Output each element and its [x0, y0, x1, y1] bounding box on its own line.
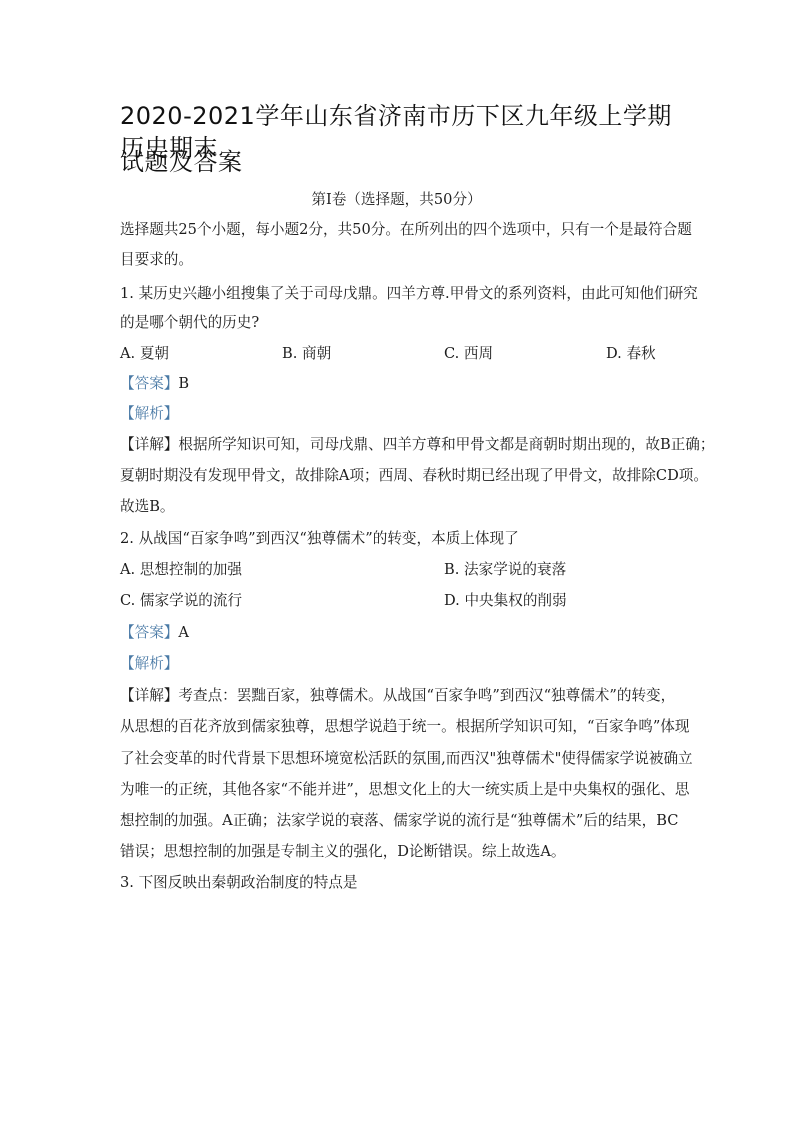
question-1-option-c: C. 西周: [444, 344, 493, 364]
question-1-option-b: B. 商朝: [282, 344, 331, 364]
detail-text: 考查点：罢黜百家，独尊儒术。从战国“百家争鸣”到西汉“独尊儒术”的转变，: [178, 687, 675, 704]
answer-label: 【答案】: [120, 375, 178, 392]
answer-label: 【答案】: [120, 624, 178, 641]
question-2-option-c: C. 儒家学说的流行: [120, 591, 242, 611]
question-2-analysis-label: 【解析】: [120, 654, 178, 674]
question-2-option-a: A. 思想控制的加强: [120, 560, 242, 580]
question-2-detail-line-3: 了社会变革的时代背景下思想环境宽松活跃的氛围,而西汉"独尊儒术"使得儒家学说被确…: [120, 749, 693, 769]
question-2-detail-line-2: 从思想的百花齐放到儒家独尊，思想学说趋于统一。根据所学知识可知，“百家争鸣”体现: [120, 717, 690, 737]
document-title-line-2: 试题及答案: [120, 146, 680, 178]
question-1-stem-line-1: 1. 某历史兴趣小组搜集了关于司母戊鼎。四羊方尊.甲骨文的系列资料，由此可知他们…: [120, 284, 698, 304]
question-1-answer: 【答案】B: [120, 374, 189, 394]
question-2-detail-line-4: 为唯一的正统，其他各家“不能并进”，思想文化上的大一统实质上是中央集权的强化、思: [120, 780, 690, 800]
section-heading: 第Ⅰ卷（选择题，共50分）: [0, 190, 793, 210]
document-page: 2020-2021学年山东省济南市历下区九年级上学期历史期末 试题及答案 第Ⅰ卷…: [0, 0, 793, 1122]
question-2-detail-line-5: 想控制的加强。A正确；法家学说的衰落、儒家学说的流行是“独尊儒术”后的结果，BC: [120, 811, 678, 831]
detail-label: 【详解】: [120, 687, 178, 704]
question-2-detail-line-6: 错误；思想控制的加强是专制主义的强化，D论断错误。综上故选A。: [120, 842, 565, 862]
question-2-option-d: D. 中央集权的削弱: [444, 591, 567, 611]
question-2-stem: 2. 从战国“百家争鸣”到西汉“独尊儒术”的转变，本质上体现了: [120, 529, 519, 549]
instructions-line-2: 目要求的。: [120, 250, 193, 270]
question-1-stem-line-2: 的是哪个朝代的历史?: [120, 313, 259, 333]
answer-value: A: [178, 624, 189, 641]
detail-label: 【详解】: [120, 436, 178, 453]
question-1-option-d: D. 春秋: [606, 344, 656, 364]
instructions-line-1: 选择题共25个小题，每小题2分，共50分。在所列出的四个选项中，只有一个是最符合…: [120, 220, 692, 240]
question-1-detail-line-2: 夏朝时期没有发现甲骨文，故排除A项；西周、春秋时期已经出现了甲骨文，故排除CD项…: [120, 466, 708, 486]
question-1-detail-line-1: 【详解】根据所学知识可知，司母戊鼎、四羊方尊和甲骨文都是商朝时期出现的，故B正确…: [120, 435, 715, 455]
question-2-answer: 【答案】A: [120, 623, 189, 643]
question-1-option-a: A. 夏朝: [120, 344, 169, 364]
question-1-analysis-label: 【解析】: [120, 404, 178, 424]
question-2-option-b: B. 法家学说的衰落: [444, 560, 566, 580]
question-1-detail-line-3: 故选B。: [120, 497, 175, 517]
detail-text: 根据所学知识可知，司母戊鼎、四羊方尊和甲骨文都是商朝时期出现的，故B正确；: [178, 436, 714, 453]
question-2-detail-line-1: 【详解】考查点：罢黜百家，独尊儒术。从战国“百家争鸣”到西汉“独尊儒术”的转变，: [120, 686, 675, 706]
question-3-stem: 3. 下图反映出秦朝政治制度的特点是: [120, 873, 357, 893]
answer-value: B: [178, 375, 189, 392]
